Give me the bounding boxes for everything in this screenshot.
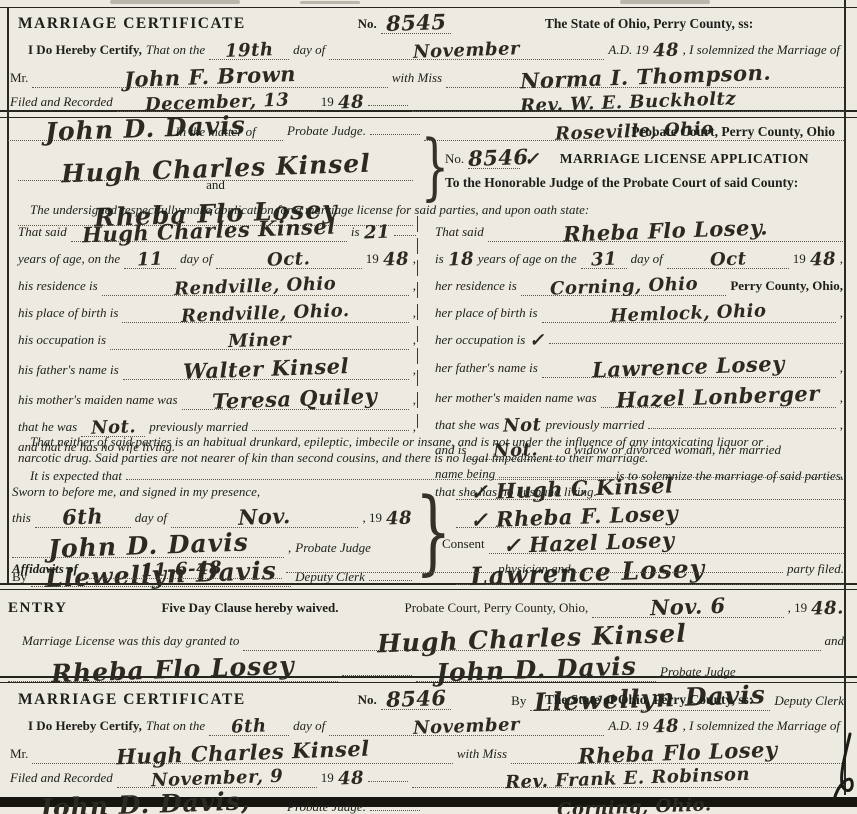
entry-waiver-label: Five Day Clause hereby waived. — [161, 600, 338, 616]
bride-name-value: Rheba Flo Losey — [578, 741, 778, 766]
bride-prev-value: Not — [503, 417, 542, 434]
entry-groom-value: Hugh Charles Kinsel — [377, 623, 687, 655]
officiant-name-value: Rev. W. E. Buckholtz — [520, 91, 736, 114]
bride-residence-label: her residence is — [435, 278, 517, 294]
groom-age-line: years of age, on the — [18, 251, 120, 267]
entry-title: ENTRY — [8, 600, 67, 617]
groom-residence-value: Rendville, Ohio — [174, 276, 337, 297]
blank-fill — [368, 99, 408, 106]
ad-label: A.D. 19 — [608, 718, 648, 734]
filed-label: Filed and Recorded — [10, 770, 113, 786]
groom-mother-label: his mother's maiden name was — [18, 392, 178, 408]
bottom-cert-no-label: No. — [358, 692, 377, 708]
consent-label: Consent — [442, 536, 485, 552]
filed-year-value: 48 — [338, 771, 365, 787]
is-label: is — [435, 251, 444, 267]
checkmark-icon: ✓ — [470, 507, 489, 533]
comma: , — [840, 251, 843, 267]
groom-year-prefix: 19 — [366, 251, 379, 267]
filed-year-prefix: 19 — [321, 770, 334, 786]
bride-birthplace-value: Hemlock, Ohio — [610, 303, 767, 324]
bride-occupation-check-icon: ✓ — [529, 333, 545, 349]
marriage-year-value: 48 — [652, 43, 679, 59]
top-cert-certify-row: I Do Hereby Certify, That on the 19th da… — [8, 41, 844, 60]
blank-fill — [575, 566, 783, 573]
blank-fill — [648, 422, 835, 429]
bottom-cert-number: 8546 — [385, 689, 446, 709]
bride-year-prefix: 19 — [793, 251, 806, 267]
column-divider-line — [417, 216, 418, 428]
day-of-label: day of — [293, 718, 325, 734]
blank-fill — [394, 229, 416, 236]
application-judge-label: Probate Judge — [295, 540, 371, 556]
that-on-the-label: That on the — [146, 42, 205, 58]
with-miss-label: with Miss — [457, 746, 507, 762]
that-said-label: That said — [435, 224, 484, 240]
bride-prev-suffix: previously married — [546, 417, 645, 433]
that-said-label: That said — [18, 224, 67, 240]
certify-label: I Do Hereby Certify, — [28, 42, 142, 58]
officiant-name-value: Rev. Frank E. Robinson — [505, 767, 750, 791]
ad-label: A.D. 19 — [608, 42, 648, 58]
bride-day-of: day of — [631, 251, 663, 267]
groom-mother-value: Teresa Quiley — [212, 387, 378, 411]
bottom-cert-header-row: MARRIAGE CERTIFICATE No. 8546 The State … — [8, 688, 844, 710]
application-title: MARRIAGE LICENSE APPLICATION — [560, 151, 809, 167]
comma: , — [413, 305, 416, 321]
comma: , — [413, 419, 416, 435]
probate-judge-label: Probate Judge. — [287, 799, 366, 814]
bottom-cert-names-row: Mr. Hugh Charles Kinsel with Miss Rheba … — [8, 742, 844, 764]
application-header-block: Probate Court, Perry County, Ohio No. 85… — [445, 124, 845, 191]
comma: , — [840, 390, 843, 406]
with-miss-label: with Miss — [392, 70, 442, 86]
sworn-year-prefix: , 19 — [362, 510, 382, 526]
application-number: 8546 — [468, 148, 529, 168]
mr-label: Mr. — [10, 70, 28, 86]
marriage-month-value: November — [413, 717, 520, 736]
party-filed-label: party filed. — [787, 561, 844, 577]
blank-fill — [252, 424, 409, 431]
bottom-cert-title: MARRIAGE CERTIFICATE — [18, 691, 246, 709]
blank-fill — [370, 804, 420, 811]
bottom-cert-state-header: The State of Ohio, Perry County, ss: — [545, 692, 754, 708]
entry-bride-value: Rheba Flo Losey — [51, 655, 295, 685]
oath-line-1: That neither of said parties is an habit… — [30, 434, 844, 450]
filed-year-prefix: 19 — [321, 94, 334, 110]
marriage-day-value: 19th — [225, 42, 274, 59]
in-matter-label: In the matter of — [18, 124, 413, 140]
affidavits-label: Affidavits of — [12, 561, 78, 577]
groom-occupation-label: his occupation is — [18, 332, 106, 348]
sworn-day-value: 6th — [62, 507, 104, 526]
bride-app-name: Rheba Flo Losey. — [563, 218, 768, 243]
entry-date-value: Nov. 6 — [650, 597, 726, 617]
bride-birth-month: Oct — [709, 251, 746, 268]
checkmark-icon: ✓ — [524, 152, 540, 168]
groom-birth-year: 48 — [382, 252, 409, 268]
day-of-label: day of — [293, 42, 325, 58]
bottom-certificate-section: MARRIAGE CERTIFICATE No. 8546 The State … — [8, 688, 844, 814]
filed-label: Filed and Recorded — [10, 94, 113, 110]
probate-court-header: Probate Court, Perry County, Ohio — [445, 124, 835, 140]
scanned-marriage-record: MARRIAGE CERTIFICATE No. 8545 The State … — [0, 0, 857, 814]
right-border-line — [844, 0, 846, 795]
comma: , — [413, 392, 416, 408]
groom-prev-label: that he was — [18, 419, 77, 435]
bride-age-line: years of age on the — [478, 251, 577, 267]
blank-fill — [549, 337, 843, 344]
comma: , — [840, 417, 843, 433]
marriage-month-value: November — [413, 41, 520, 60]
bride-father-value: Lawrence Losey — [592, 355, 785, 380]
top-cert-no-label: No. — [358, 16, 377, 32]
comma: , — [413, 362, 416, 378]
blank-fill — [368, 775, 408, 782]
entry-judge-signature: John D. Davis — [435, 656, 636, 684]
bride-mother-label: her mother's maiden name was — [435, 390, 597, 406]
groom-app-name: Hugh Charles Kinsel — [82, 218, 336, 245]
groom-occupation-value: Miner — [228, 332, 292, 349]
entry-year-prefix: , 19 — [788, 600, 808, 616]
top-cert-filed-row: Filed and Recorded December, 13 1948 Rev… — [8, 93, 844, 112]
top-cert-names-row: Mr. John F. Brown with Miss Norma I. Tho… — [8, 66, 844, 88]
comma: , — [413, 332, 416, 348]
comma: , — [413, 278, 416, 294]
bride-prev-label: that she was — [435, 417, 499, 433]
groom-birthplace-value: Rendville, Ohio. — [181, 303, 350, 324]
comma: , — [413, 251, 416, 267]
sworn-day-of-label: day of — [135, 510, 167, 526]
scan-smudge — [110, 0, 240, 4]
sworn-label: Sworn to before me, and signed in my pre… — [12, 484, 412, 500]
application-no-label: No. — [445, 151, 464, 167]
groom-name-value: John F. Brown — [124, 65, 296, 89]
groom-signature: Hugh C Kinsel — [496, 472, 674, 503]
top-cert-state-header: The State of Ohio, Perry County, ss: — [545, 16, 754, 32]
groom-father-label: his father's name is — [18, 362, 119, 378]
bride-birth-day: 31 — [590, 252, 617, 268]
filed-date-value: November, 9 — [151, 769, 284, 789]
bride-occupation-label: her occupation is — [435, 332, 525, 348]
bride-residence-value: Corning, Ohio — [549, 276, 698, 296]
top-cert-title: MARRIAGE CERTIFICATE — [18, 15, 246, 33]
groom-prev-suffix: previously married — [149, 419, 248, 435]
sworn-year-value: 48 — [386, 511, 413, 527]
groom-father-value: Walter Kinsel — [183, 357, 349, 381]
affidavit-date-value: 11-6-48 — [141, 561, 223, 579]
groom-birth-month: Oct. — [267, 251, 311, 268]
top-cert-header-row: MARRIAGE CERTIFICATE No. 8545 The State … — [8, 12, 844, 34]
filed-year-value: 48 — [338, 95, 365, 111]
scan-smudge — [620, 0, 710, 4]
bride-name-value: Norma I. Thompson. — [519, 64, 771, 91]
sworn-month-value: Nov. — [238, 507, 291, 527]
bottom-cert-certify-row: I Do Hereby Certify, That on the 6th day… — [8, 717, 844, 736]
bottom-cert-filed-row: Filed and Recorded November, 9 1948 Rev.… — [8, 769, 844, 788]
groom-name-value: Hugh Charles Kinsel — [116, 740, 370, 767]
entry-year-value: 48. — [811, 600, 844, 616]
bride-age-value: 18 — [447, 252, 474, 268]
bride-birth-year: 48 — [809, 252, 836, 268]
bride-residence-suffix: Perry County, Ohio, — [730, 278, 843, 294]
entry-header-row: ENTRY Five Day Clause hereby waived. Pro… — [8, 596, 844, 618]
checkmark-icon: ✓ — [502, 532, 521, 558]
judge-signature: John D. Davis, — [40, 790, 251, 814]
entry-granted-label: Marriage License was this day granted to — [22, 633, 239, 649]
bride-birthplace-label: her place of birth is — [435, 305, 538, 321]
entry-granted-row: Marriage License was this day granted to… — [8, 626, 844, 651]
solemnized-label: , I solemnized the Marriage of — [683, 42, 840, 58]
groom-birth-day: 11 — [137, 252, 164, 268]
scan-smudge — [300, 1, 360, 4]
bride-mother-value: Hazel Lonberger — [616, 384, 820, 409]
pen-mark — [826, 732, 856, 804]
groom-age-value: 21 — [363, 225, 390, 241]
bride-father-label: her father's name is — [435, 360, 538, 376]
comma: , — [840, 305, 843, 321]
solemnized-label: , I solemnized the Marriage of — [683, 718, 840, 734]
bottom-cert-judge-row: John D. Davis, Probate Judge. Corning, O… — [8, 792, 844, 814]
that-on-the-label: That on the — [146, 718, 205, 734]
comma: , — [840, 360, 843, 376]
judge-comma: , — [288, 540, 291, 556]
marriage-year-value: 48 — [652, 719, 679, 735]
party-groom-value: Hugh Charles Kinsel — [60, 153, 370, 185]
checkmark-icon: ✓ — [470, 479, 489, 505]
groom-birthplace-label: his place of birth is — [18, 305, 118, 321]
marriage-day-value: 6th — [231, 718, 267, 735]
is-label: is — [351, 224, 360, 240]
blank-fill — [342, 669, 412, 676]
entry-court-label: Probate Court, Perry County, Ohio, — [405, 600, 589, 616]
section-divider — [0, 7, 857, 8]
this-label: this — [12, 510, 31, 526]
application-judge-signature: John D. Davis — [47, 532, 248, 560]
certify-label: I Do Hereby Certify, — [28, 718, 142, 734]
entry-bride-judge-row: Rheba Flo Losey John D. Davis Probate Ju… — [8, 657, 844, 682]
consent-mother-signature: Hazel Losey — [528, 527, 674, 557]
entry-and-label: and — [825, 633, 845, 649]
groom-day-of: day of — [180, 251, 212, 267]
filed-date-value: December, 13 — [144, 92, 289, 112]
oath-line-2: narcotic drug. Said parties are not near… — [18, 450, 844, 466]
to-judge-label: To the Honorable Judge of the Probate Co… — [445, 175, 845, 191]
groom-column: That said Hugh Charles Kinsel is 21 year… — [18, 220, 416, 455]
affidavits-row: Affidavits of 11-6-48 physician and part… — [12, 560, 844, 579]
expected-label: It is expected that — [30, 468, 122, 484]
officiant-place-value: Corning, Ohio. — [557, 797, 712, 814]
groom-residence-label: his residence is — [18, 278, 98, 294]
blank-fill — [286, 566, 494, 573]
mr-label: Mr. — [10, 746, 28, 762]
top-cert-number: 8545 — [385, 13, 446, 33]
entry-judge-label: Probate Judge — [660, 664, 736, 680]
top-certificate-section: MARRIAGE CERTIFICATE No. 8545 The State … — [8, 12, 844, 141]
physician-and-label: physician and — [498, 561, 571, 577]
